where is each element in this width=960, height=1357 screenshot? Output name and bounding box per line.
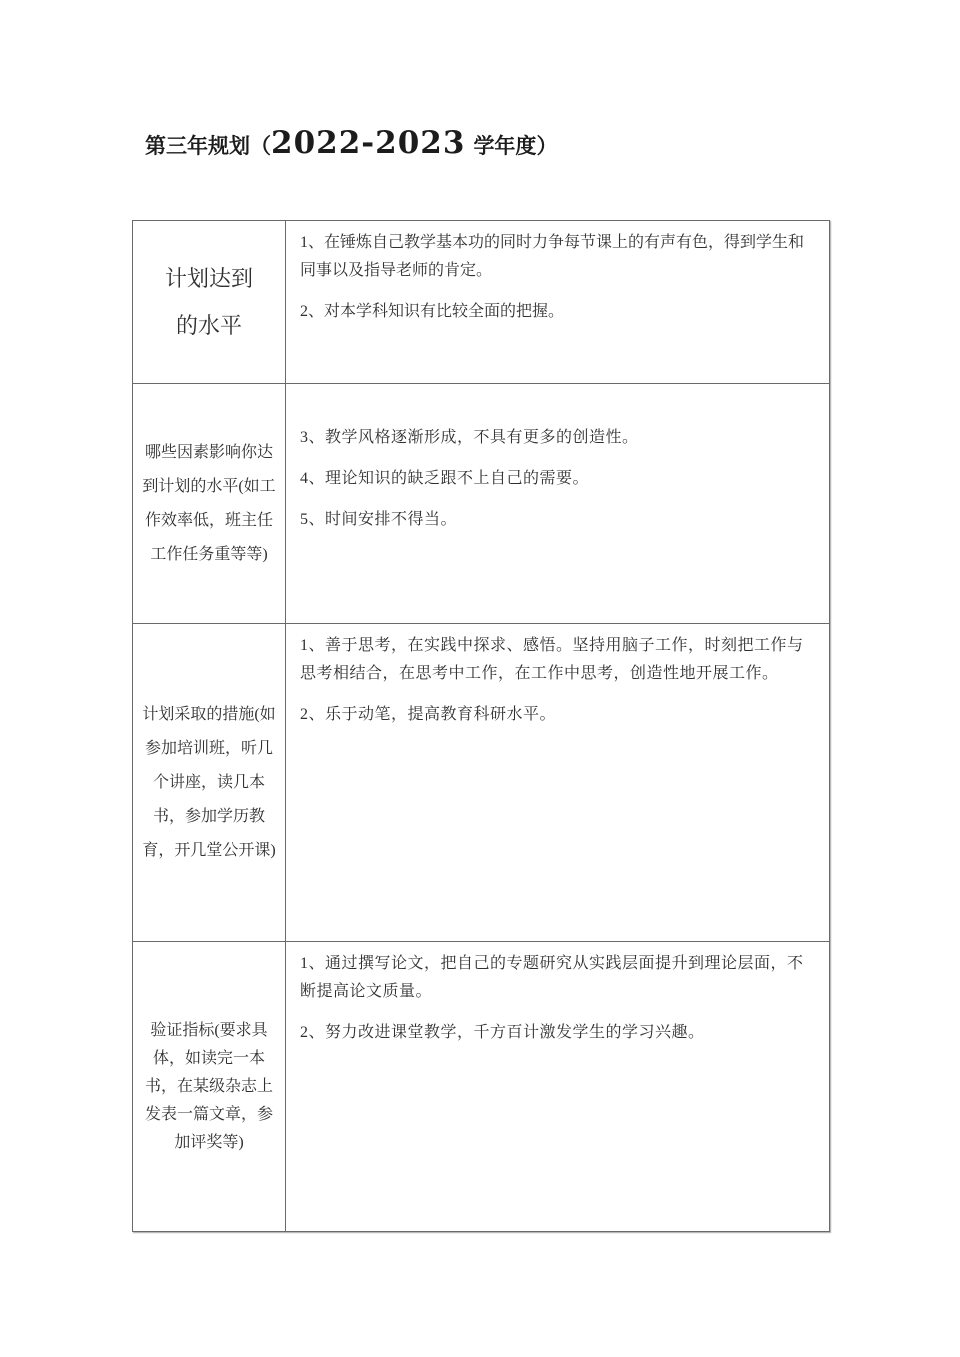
table-row-planned-measures: 计划采取的措施(如参加培训班，听几个讲座，读几本书，参加学历教育，开几堂公开课)… (133, 624, 830, 942)
plan-table: 计划达到 的水平 1、在锤炼自己教学基本功的同时力争每节课上的有声有色，得到学生… (132, 220, 830, 1232)
row-content-cell: 1、通过撰写论文，把自己的专题研究从实践层面提升到理论层面，不断提高论文质量。 … (286, 942, 830, 1232)
content-paragraph: 3、教学风格逐渐形成，不具有更多的创造性。 (300, 424, 817, 452)
title-text: 第三年规划 (145, 135, 250, 158)
table-row-influencing-factors: 哪些因素影响你达到计划的水平(如工作效率低，班主任工作任务重等等) 3、教学风格… (133, 384, 830, 624)
row-content-cell: 1、善于思考，在实践中探求、感悟。坚持用脑子工作，时刻把工作与思考相结合，在思考… (286, 624, 830, 942)
content-paragraph: 2、对本学科知识有比较全面的把握。 (300, 298, 817, 326)
row-label-cell: 计划达到 的水平 (133, 221, 286, 384)
title-close-paren: ） (536, 135, 557, 158)
title-open-paren: （ (250, 135, 271, 158)
label-line: 计划达到 (141, 255, 277, 302)
title-suffix: 学年度 (473, 135, 536, 158)
content-paragraph: 2、乐于动笔，提高教育科研水平。 (300, 701, 817, 729)
content-paragraph: 1、通过撰写论文，把自己的专题研究从实践层面提升到理论层面，不断提高论文质量。 (300, 950, 817, 1006)
page-title: 第三年规划（2022-2023学年度） (145, 122, 557, 167)
content-paragraph: 5、时间安排不得当。 (300, 506, 817, 534)
table-row-verification-indicators: 验证指标(要求具体，如读完一本书，在某级杂志上发表一篇文章，参加评奖等) 1、通… (133, 942, 830, 1232)
content-paragraph: 4、理论知识的缺乏跟不上自己的需要。 (300, 465, 817, 493)
content-paragraph: 1、善于思考，在实践中探求、感悟。坚持用脑子工作，时刻把工作与思考相结合，在思考… (300, 632, 817, 688)
row-label-cell: 哪些因素影响你达到计划的水平(如工作效率低，班主任工作任务重等等) (133, 384, 286, 624)
row-content-cell: 1、在锤炼自己教学基本功的同时力争每节课上的有声有色，得到学生和同事以及指导老师… (286, 221, 830, 384)
label-line: 的水平 (141, 302, 277, 349)
table-row-planned-level: 计划达到 的水平 1、在锤炼自己教学基本功的同时力争每节课上的有声有色，得到学生… (133, 221, 830, 384)
content-paragraph: 1、在锤炼自己教学基本功的同时力争每节课上的有声有色，得到学生和同事以及指导老师… (300, 229, 817, 285)
content-paragraph: 2、努力改进课堂教学，千方百计激发学生的学习兴趣。 (300, 1019, 817, 1047)
row-content-cell: 3、教学风格逐渐形成，不具有更多的创造性。 4、理论知识的缺乏跟不上自己的需要。… (286, 384, 830, 624)
row-label-cell: 验证指标(要求具体，如读完一本书，在某级杂志上发表一篇文章，参加评奖等) (133, 942, 286, 1232)
row-label-cell: 计划采取的措施(如参加培训班，听几个讲座，读几本书，参加学历教育，开几堂公开课) (133, 624, 286, 942)
title-years: 2022-2023 (271, 125, 465, 161)
